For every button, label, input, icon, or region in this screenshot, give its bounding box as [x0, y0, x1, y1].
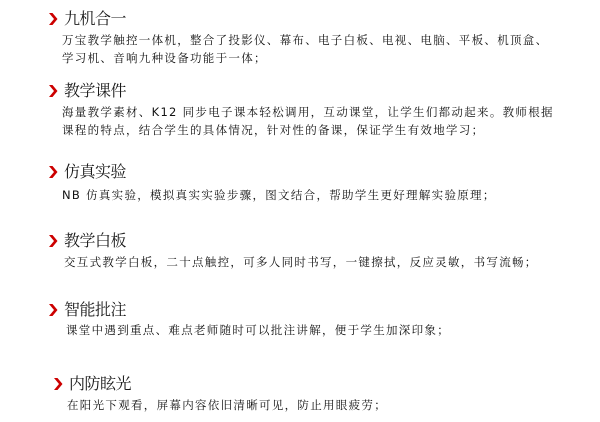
- section-heading: 教学白板: [48, 230, 126, 252]
- section-heading: 智能批注: [48, 299, 126, 321]
- chevron-right-icon: [53, 377, 63, 391]
- chevron-right-icon: [48, 303, 58, 317]
- section-text-line: 海量教学素材、K12 同步电子课本轻松调用，互动课堂，让学生们都动起来。教师根据: [62, 104, 554, 120]
- section-text-line: 在阳光下观看，屏幕内容依旧清晰可见，防止用眼疲劳；: [67, 397, 387, 413]
- section-text-line: 课程的特点，结合学生的具体情况，针对性的备课，保证学生有效地学习；: [62, 122, 484, 138]
- section-text-line: 学习机、音响九种设备功能于一体；: [62, 50, 267, 66]
- chevron-right-icon: [48, 234, 58, 248]
- section-title: 智能批注: [64, 299, 126, 321]
- section-text-line: NB 仿真实验，模拟真实实验步骤，图文结合，帮助学生更好理解实验原理；: [62, 187, 496, 203]
- section-title: 内防眩光: [69, 373, 131, 395]
- section-heading: 内防眩光: [53, 373, 131, 395]
- section-heading: 仿真实验: [48, 161, 126, 183]
- chevron-right-icon: [48, 165, 58, 179]
- section-title: 教学白板: [64, 230, 126, 252]
- section-title: 九机合一: [64, 8, 126, 30]
- section-heading: 九机合一: [48, 8, 126, 30]
- section-title: 教学课件: [64, 80, 126, 102]
- section-heading: 教学课件: [48, 80, 126, 102]
- section-title: 仿真实验: [64, 161, 126, 183]
- section-text-line: 交互式教学白板，二十点触控，可多人同时书写，一键擦拭，反应灵敏，书写流畅；: [64, 254, 538, 270]
- section-text-line: 课堂中遇到重点、难点老师随时可以批注讲解，便于学生加深印象；: [66, 322, 450, 338]
- chevron-right-icon: [48, 12, 58, 26]
- section-text-line: 万宝教学触控一体机，整合了投影仪、幕布、电子白板、电视、电脑、平板、机顶盒、: [62, 32, 548, 48]
- chevron-right-icon: [48, 84, 58, 98]
